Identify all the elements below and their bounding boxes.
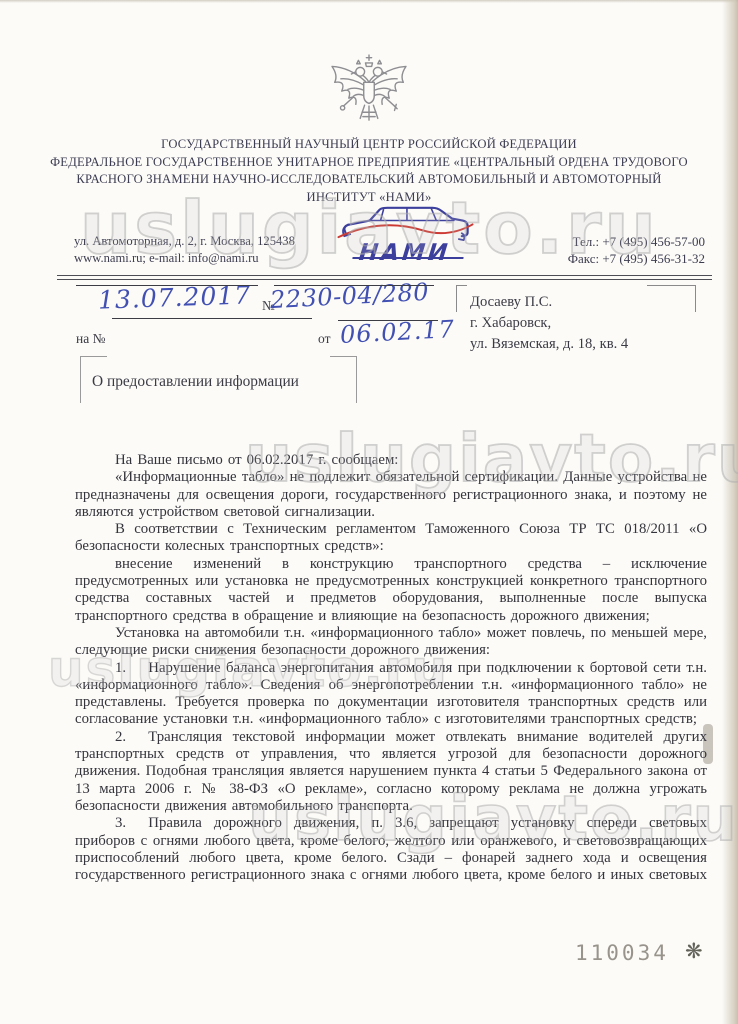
body-paragraph: 2. Трансляция текстовой информации может…	[75, 729, 707, 815]
clover-stamp-icon: ❋	[685, 939, 703, 963]
address-line: ул. Автомоторная, д. 2, г. Москва, 12543…	[74, 233, 295, 250]
nami-logo: НАМИ	[335, 198, 475, 270]
body-paragraph: 3. Правила дорожного движения, п. 3.6, з…	[75, 815, 707, 884]
outgoing-number-handwritten: 2230-04/280	[269, 278, 429, 314]
reply-to-label: на №	[76, 331, 105, 347]
scan-edge-right	[722, 0, 738, 1024]
scanned-letter-page: ГОСУДАРСТВЕННЫЙ НАУЧНЫЙ ЦЕНТР РОССИЙСКОЙ…	[0, 0, 738, 1024]
nami-logo-wordmark: НАМИ	[358, 240, 452, 266]
recipient-city: г. Хабаровск,	[470, 313, 628, 334]
body-paragraph: 1. Нарушение баланса энергопитания автом…	[75, 660, 707, 729]
website-email-line: www.nami.ru; e-mail: info@nami.ru	[74, 250, 295, 267]
coat-of-arms-eagle-icon	[325, 50, 413, 134]
scan-page-number: 110034	[575, 941, 669, 965]
contact-address-block: ул. Автомоторная, д. 2, г. Москва, 12543…	[74, 233, 295, 267]
number-underline	[274, 285, 434, 286]
body-paragraph: На Ваше письмо от 06.02.2017 г. сообщаем…	[75, 452, 707, 469]
fax-line: Факс: +7 (495) 456-31-32	[568, 250, 705, 267]
reply-number-underline	[112, 318, 312, 319]
recipient-block: Досаеву П.С. г. Хабаровск, ул. Вяземская…	[470, 292, 628, 355]
phone-line: Тел.: +7 (495) 456-57-00	[568, 233, 705, 250]
incoming-date-underline	[338, 320, 438, 321]
body-paragraph: внесение изменений в конструкцию транспо…	[75, 556, 707, 625]
recipient-name: Досаеву П.С.	[470, 292, 628, 313]
body-paragraph: Установка на автомобили т.н. «информацио…	[75, 625, 707, 660]
org-name-line: ФЕДЕРАЛЬНОЕ ГОСУДАРСТВЕННОЕ УНИТАРНОЕ ПР…	[19, 154, 719, 172]
scan-edge-top	[0, 0, 738, 3]
org-name-block: ГОСУДАРСТВЕННЫЙ НАУЧНЫЙ ЦЕНТР РОССИЙСКОЙ…	[19, 136, 719, 206]
body-paragraph: В соответствии с Техническим регламентом…	[75, 521, 707, 556]
subject-corner-right	[330, 356, 357, 403]
recipient-corner-left	[456, 285, 467, 312]
date-underline	[76, 285, 258, 286]
recipient-street: ул. Вяземская, д. 18, кв. 4	[470, 334, 628, 355]
recipient-corner-right	[647, 285, 696, 312]
letter-body: На Ваше письмо от 06.02.2017 г. сообщаем…	[75, 452, 707, 884]
contact-phone-block: Тел.: +7 (495) 456-57-00 Факс: +7 (495) …	[568, 233, 705, 267]
org-name-line: КРАСНОГО ЗНАМЕНИ НАУЧНО-ИССЛЕДОВАТЕЛЬСКИ…	[19, 171, 719, 189]
nami-car-logo-icon	[336, 198, 474, 244]
from-label: от	[318, 331, 330, 347]
org-name-line: ГОСУДАРСТВЕННЫЙ НАУЧНЫЙ ЦЕНТР РОССИЙСКОЙ…	[19, 136, 719, 154]
body-paragraph: «Информационные табло» не подлежит обяза…	[75, 469, 707, 521]
subject-line: О предоставлении информации	[92, 373, 299, 391]
